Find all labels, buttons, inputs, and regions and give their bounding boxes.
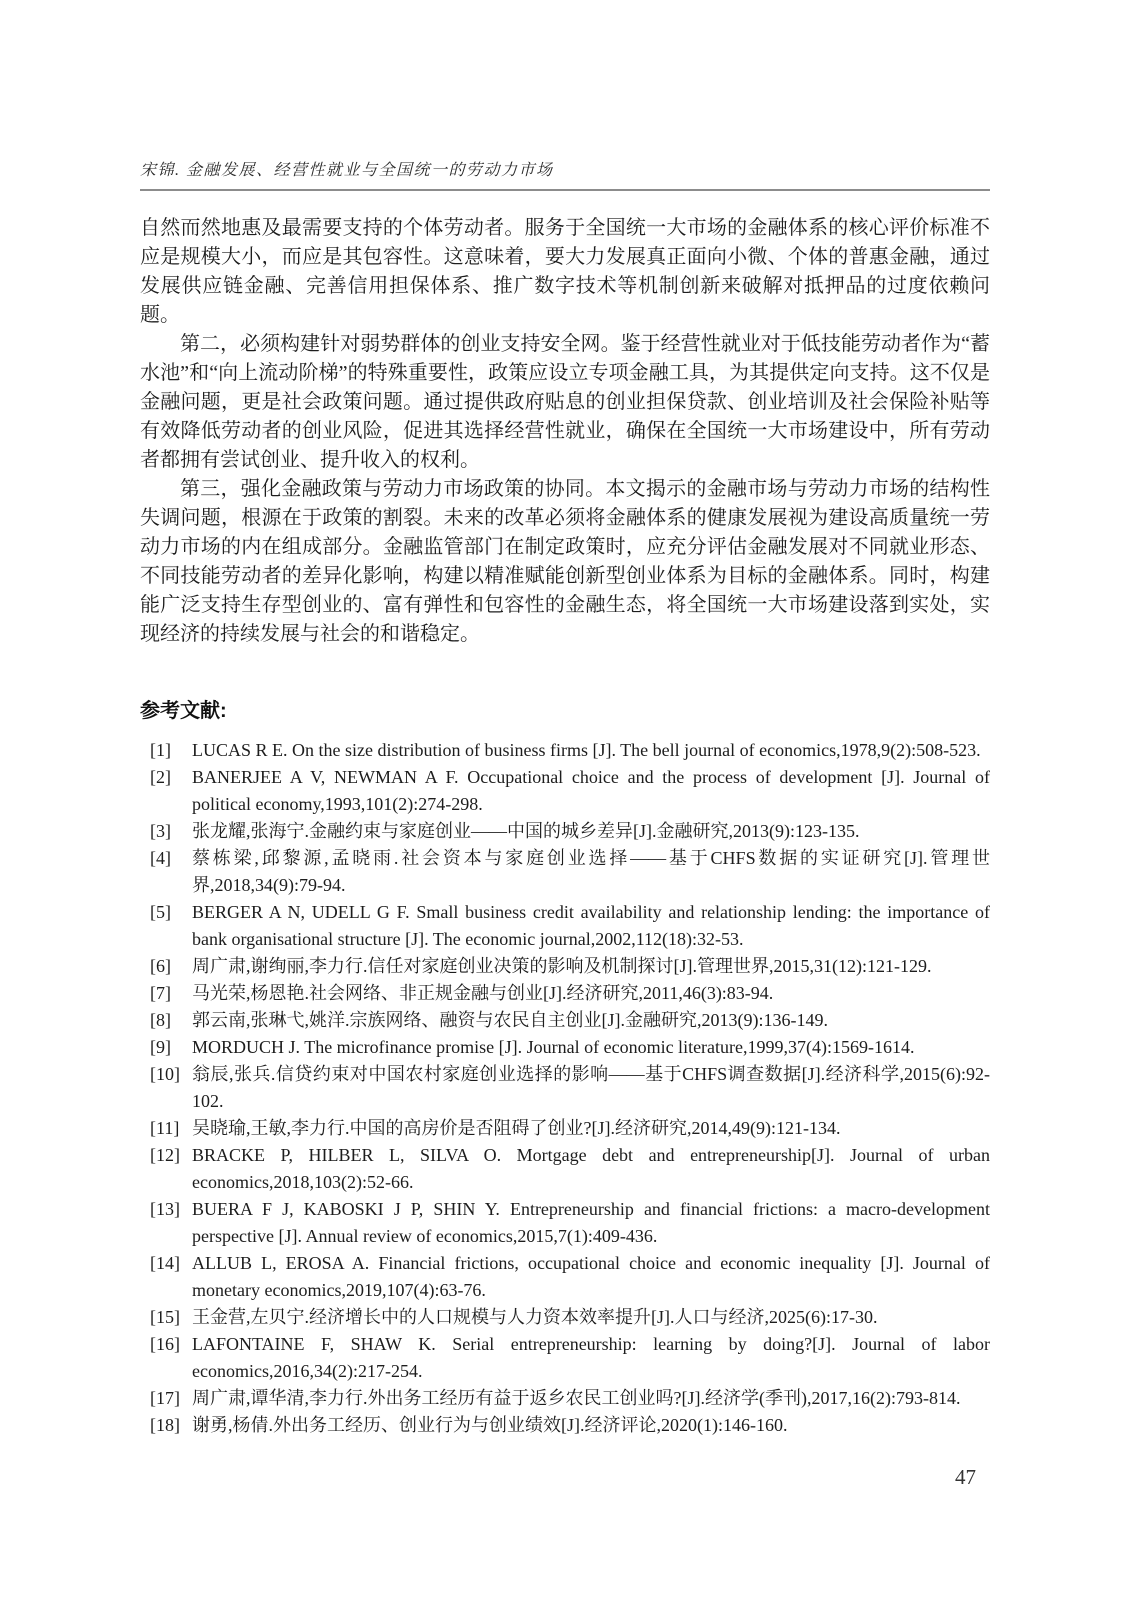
reference-number: [13] (140, 1196, 192, 1223)
reference-item: [3] 张龙耀,张海宁.金融约束与家庭创业——中国的城乡差异[J].金融研究,2… (140, 818, 990, 845)
reference-text: 马光荣,杨恩艳.社会网络、非正规金融与创业[J].经济研究,2011,46(3)… (192, 980, 990, 1007)
body-paragraph: 自然而然地惠及最需要支持的个体劳动者。服务于全国统一大市场的金融体系的核心评价标… (140, 214, 990, 330)
reference-text: 吴晓瑜,王敏,李力行.中国的高房价是否阻碍了创业?[J].经济研究,2014,4… (192, 1115, 990, 1142)
references-heading: 参考文献: (140, 694, 990, 723)
reference-text: BANERJEE A V, NEWMAN A F. Occupational c… (192, 764, 990, 818)
reference-text: 张龙耀,张海宁.金融约束与家庭创业——中国的城乡差异[J].金融研究,2013(… (192, 818, 990, 845)
reference-item: [8] 郭云南,张琳弋,姚洋.宗族网络、融资与农民自主创业[J].金融研究,20… (140, 1007, 990, 1034)
reference-item: [11] 吴晓瑜,王敏,李力行.中国的高房价是否阻碍了创业?[J].经济研究,2… (140, 1115, 990, 1142)
reference-number: [3] (140, 818, 192, 845)
reference-text: 郭云南,张琳弋,姚洋.宗族网络、融资与农民自主创业[J].金融研究,2013(9… (192, 1007, 990, 1034)
reference-text: 周广肃,谭华清,李力行.外出务工经历有益于返乡农民工创业吗?[J].经济学(季刊… (192, 1385, 990, 1412)
reference-text: LAFONTAINE F, SHAW K. Serial entrepreneu… (192, 1331, 990, 1385)
reference-item: [6] 周广肃,谢绚丽,李力行.信任对家庭创业决策的影响及机制探讨[J].管理世… (140, 953, 990, 980)
reference-item: [5] BERGER A N, UDELL G F. Small busines… (140, 899, 990, 953)
reference-number: [7] (140, 980, 192, 1007)
reference-number: [1] (140, 737, 192, 764)
reference-text: MORDUCH J. The microfinance promise [J].… (192, 1034, 990, 1061)
reference-text: BUERA F J, KABOSKI J P, SHIN Y. Entrepre… (192, 1196, 990, 1250)
reference-text: 谢勇,杨倩.外出务工经历、创业行为与创业绩效[J].经济评论,2020(1):1… (192, 1412, 990, 1439)
reference-item: [1] LUCAS R E. On the size distribution … (140, 737, 990, 764)
body-paragraph: 第三，强化金融政策与劳动力市场政策的协同。本文揭示的金融市场与劳动力市场的结构性… (140, 475, 990, 649)
reference-number: [16] (140, 1331, 192, 1358)
reference-text: LUCAS R E. On the size distribution of b… (192, 737, 990, 764)
reference-item: [16] LAFONTAINE F, SHAW K. Serial entrep… (140, 1331, 990, 1385)
reference-item: [7] 马光荣,杨恩艳.社会网络、非正规金融与创业[J].经济研究,2011,4… (140, 980, 990, 1007)
page-content: 宋锦. 金融发展、经营性就业与全国统一的劳动力市场 自然而然地惠及最需要支持的个… (140, 0, 990, 1490)
reference-number: [17] (140, 1385, 192, 1412)
reference-text: ALLUB L, EROSA A. Financial frictions, o… (192, 1250, 990, 1304)
reference-number: [4] (140, 845, 192, 872)
reference-item: [17] 周广肃,谭华清,李力行.外出务工经历有益于返乡农民工创业吗?[J].经… (140, 1385, 990, 1412)
reference-text: 王金营,左贝宁.经济增长中的人口规模与人力资本效率提升[J].人口与经济,202… (192, 1304, 990, 1331)
reference-number: [2] (140, 764, 192, 791)
reference-number: [11] (140, 1115, 192, 1142)
reference-item: [10] 翁辰,张兵.信贷约束对中国农村家庭创业选择的影响——基于CHFS调查数… (140, 1061, 990, 1115)
reference-item: [14] ALLUB L, EROSA A. Financial frictio… (140, 1250, 990, 1304)
reference-item: [9] MORDUCH J. The microfinance promise … (140, 1034, 990, 1061)
reference-number: [18] (140, 1412, 192, 1439)
body-text: 自然而然地惠及最需要支持的个体劳动者。服务于全国统一大市场的金融体系的核心评价标… (140, 214, 990, 649)
reference-number: [10] (140, 1061, 192, 1088)
reference-number: [6] (140, 953, 192, 980)
body-paragraph: 第二，必须构建针对弱势群体的创业支持安全网。鉴于经营性就业对于低技能劳动者作为“… (140, 330, 990, 475)
reference-text: BRACKE P, HILBER L, SILVA O. Mortgage de… (192, 1142, 990, 1196)
reference-item: [12] BRACKE P, HILBER L, SILVA O. Mortga… (140, 1142, 990, 1196)
reference-number: [12] (140, 1142, 192, 1169)
reference-number: [8] (140, 1007, 192, 1034)
reference-item: [15] 王金营,左贝宁.经济增长中的人口规模与人力资本效率提升[J].人口与经… (140, 1304, 990, 1331)
reference-number: [14] (140, 1250, 192, 1277)
reference-item: [2] BANERJEE A V, NEWMAN A F. Occupation… (140, 764, 990, 818)
reference-text: BERGER A N, UDELL G F. Small business cr… (192, 899, 990, 953)
reference-item: [18] 谢勇,杨倩.外出务工经历、创业行为与创业绩效[J].经济评论,2020… (140, 1412, 990, 1439)
reference-text: 周广肃,谢绚丽,李力行.信任对家庭创业决策的影响及机制探讨[J].管理世界,20… (192, 953, 990, 980)
reference-number: [5] (140, 899, 192, 926)
reference-list: [1] LUCAS R E. On the size distribution … (140, 737, 990, 1439)
page-number: 47 (140, 1465, 990, 1490)
reference-text: 翁辰,张兵.信贷约束对中国农村家庭创业选择的影响——基于CHFS调查数据[J].… (192, 1061, 990, 1115)
reference-item: [4] 蔡栋梁,邱黎源,孟晓雨.社会资本与家庭创业选择——基于CHFS数据的实证… (140, 845, 990, 899)
reference-number: [9] (140, 1034, 192, 1061)
running-head: 宋锦. 金融发展、经营性就业与全国统一的劳动力市场 (140, 0, 990, 191)
reference-number: [15] (140, 1304, 192, 1331)
document-page: { "page": { "running_head": "宋锦. 金融发展、经营… (0, 0, 1140, 1600)
reference-text: 蔡栋梁,邱黎源,孟晓雨.社会资本与家庭创业选择——基于CHFS数据的实证研究[J… (192, 845, 990, 899)
reference-item: [13] BUERA F J, KABOSKI J P, SHIN Y. Ent… (140, 1196, 990, 1250)
